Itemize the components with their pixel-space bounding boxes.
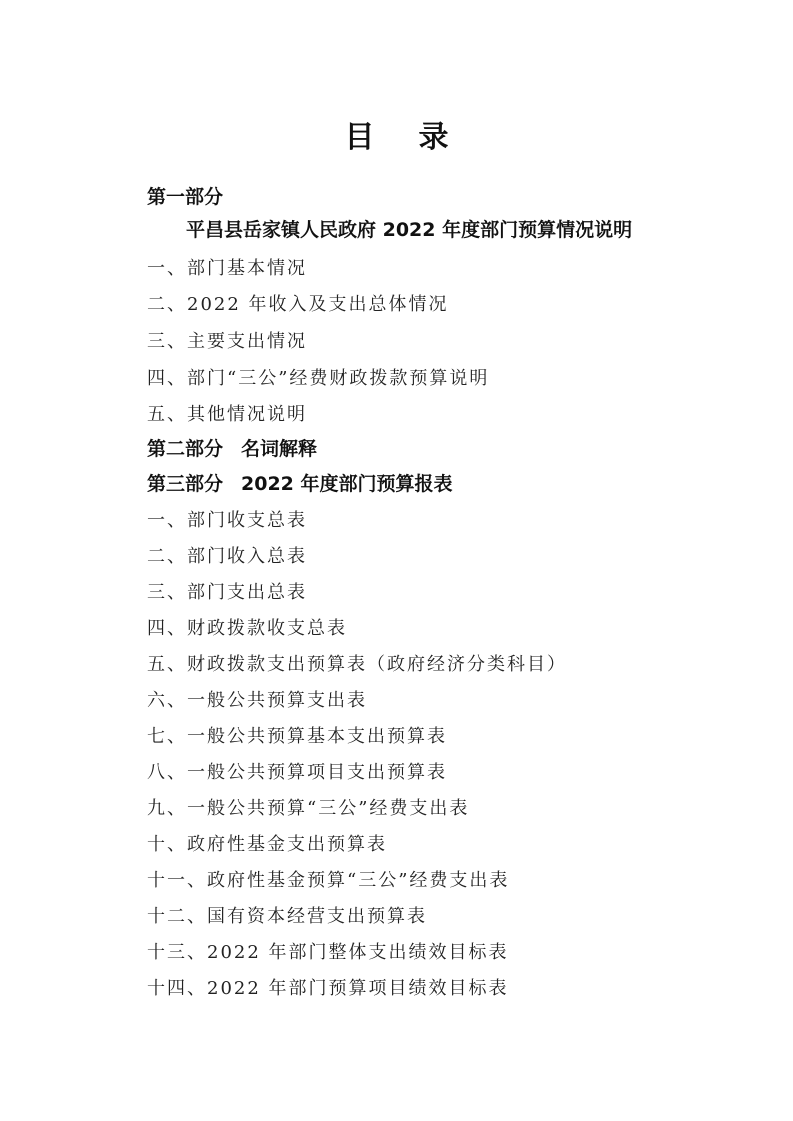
- part3-label: 第三部分: [147, 473, 223, 495]
- toc-entry: 三、部门支出总表: [147, 584, 307, 602]
- toc-entry: 六、一般公共预算支出表: [147, 692, 367, 710]
- part2-heading: 第二部分名词解释: [147, 440, 317, 459]
- document-page: 目录 第一部分 平昌县岳家镇人民政府 2022 年度部门预算情况说明 一、部门基…: [0, 0, 793, 1121]
- toc-entry: 九、一般公共预算“三公”经费支出表: [147, 800, 469, 818]
- toc-entry: 七、一般公共预算基本支出预算表: [147, 728, 447, 746]
- part2-title: 名词解释: [241, 438, 317, 460]
- toc-entry: 五、财政拨款支出预算表（政府经济分类科目）: [147, 656, 567, 674]
- toc-entry: 八、一般公共预算项目支出预算表: [147, 764, 447, 782]
- part3-title: 2022 年度部门预算报表: [241, 473, 453, 495]
- toc-entry: 二、部门收入总表: [147, 548, 307, 566]
- toc-title-char-1: 目: [345, 112, 375, 156]
- toc-entry: 四、部门“三公”经费财政拨款预算说明: [147, 370, 489, 388]
- toc-entry: 一、部门基本情况: [147, 260, 307, 278]
- toc-entry: 十三、2022 年部门整体支出绩效目标表: [147, 944, 509, 962]
- toc-entry: 十二、国有资本经营支出预算表: [147, 908, 427, 926]
- toc-entry: 三、主要支出情况: [147, 333, 307, 351]
- part1-subtitle: 平昌县岳家镇人民政府 2022 年度部门预算情况说明: [186, 221, 632, 240]
- part2-label: 第二部分: [147, 438, 223, 460]
- toc-entry: 十一、政府性基金预算“三公”经费支出表: [147, 872, 509, 890]
- part3-heading: 第三部分2022 年度部门预算报表: [147, 475, 453, 494]
- toc-entry: 五、其他情况说明: [147, 406, 307, 424]
- toc-entry: 一、部门收支总表: [147, 512, 307, 530]
- toc-title: 目录: [0, 112, 793, 156]
- toc-entry: 十四、2022 年部门预算项目绩效目标表: [147, 980, 509, 998]
- toc-entry: 二、2022 年收入及支出总体情况: [147, 296, 449, 314]
- toc-entry: 四、财政拨款收支总表: [147, 620, 347, 638]
- part1-heading: 第一部分: [147, 188, 223, 207]
- toc-entry: 十、政府性基金支出预算表: [147, 836, 387, 854]
- toc-title-char-2: 录: [419, 112, 449, 156]
